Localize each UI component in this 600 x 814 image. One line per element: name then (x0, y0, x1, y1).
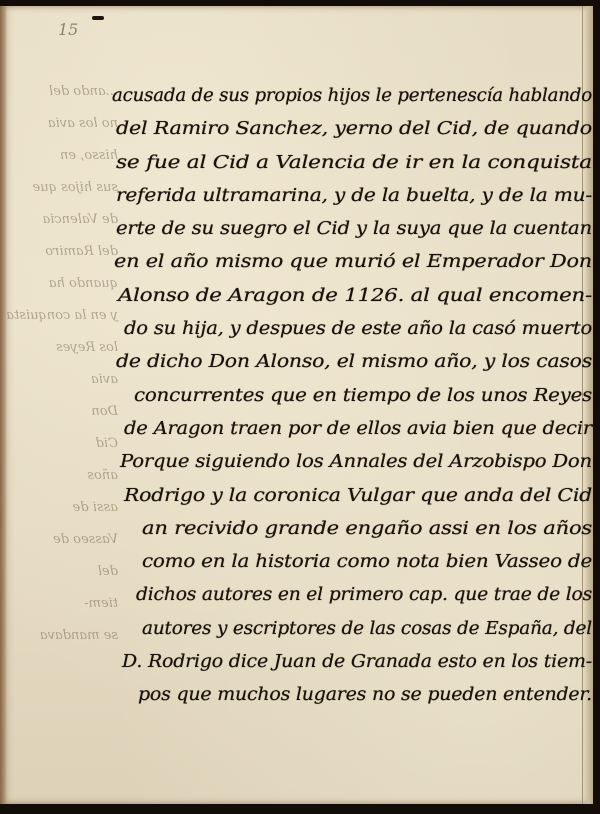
bleed-line: Vasseo de (8, 524, 118, 556)
bleed-line: hisso, en (8, 140, 118, 172)
line-text: de Aragon traen por de ellos avia bien q… (124, 419, 592, 439)
line-text: pos que muchos lugares no se pueden ente… (138, 685, 592, 705)
manuscript-line: pos que muchos lugares no se pueden ente… (112, 685, 598, 718)
manuscript-line: en el año mismo que murió el Emperador D… (112, 252, 598, 285)
line-text: Porque siguiendo los Annales del Arzobis… (120, 452, 592, 472)
line-text: acusada de sus propios hijos le pertenes… (112, 86, 592, 106)
bleed-line: del (8, 556, 118, 588)
line-text: se fue al Cid a Valencia de ir en la con… (116, 153, 592, 173)
manuscript-line: como en la historia como nota bien Vasse… (112, 552, 598, 585)
line-text: an recivido grande engaño assi en los añ… (142, 519, 592, 539)
bleed-line: Don (8, 396, 118, 428)
line-text: de dicho Don Alonso, el mismo año, y los… (116, 352, 592, 372)
ink-mark (92, 16, 104, 20)
line-text: en el año mismo que murió el Emperador D… (114, 252, 592, 272)
bleed-line: avia (8, 364, 118, 396)
line-text: concurrentes que en tiempo de los unos R… (134, 386, 592, 406)
manuscript-line: Rodrigo y la coronica Vulgar que anda de… (112, 486, 598, 519)
line-text: D. Rodrigo dice Juan de Granada esto en … (122, 652, 592, 672)
line-text: Rodrigo y la coronica Vulgar que anda de… (124, 486, 592, 506)
manuscript-line: do su hija, y despues de este año la cas… (112, 319, 598, 352)
bleed-line: y en la conquista (8, 300, 118, 332)
manuscript-line: referida ultramarina, y de la buelta, y … (112, 186, 598, 219)
bleed-line: se mandava (8, 620, 118, 652)
manuscript-line: Porque siguiendo los Annales del Arzobis… (112, 452, 598, 485)
line-text: como en la historia como nota bien Vasse… (142, 552, 592, 572)
line-text: erte de su suegro el Cid y la suya que l… (116, 219, 592, 239)
line-text: Alonso de Aragon de 1126. al qual encome… (118, 286, 592, 306)
manuscript-line: concurrentes que en tiempo de los unos R… (112, 386, 598, 419)
manuscript-line: se fue al Cid a Valencia de ir en la con… (112, 153, 598, 186)
line-text: autores y escriptores de las cosas de Es… (142, 619, 592, 639)
bleed-line: del Ramiro (8, 236, 118, 268)
line-text: dichos autores en el primero cap. que tr… (136, 585, 592, 605)
manuscript-line: erte de su suegro el Cid y la suya que l… (112, 219, 598, 252)
bleed-line: sus hijos que (8, 172, 118, 204)
bleed-line: años (8, 460, 118, 492)
manuscript-page: 15 ...ando del no los avia hisso, en sus… (0, 6, 593, 804)
page-binding-edge (0, 6, 7, 804)
manuscript-line: an recivido grande engaño assi en los añ… (112, 519, 598, 552)
bleed-line: assi de (8, 492, 118, 524)
manuscript-line: de Aragon traen por de ellos avia bien q… (112, 419, 598, 452)
manuscript-text: acusada de sus propios hijos le pertenes… (112, 86, 598, 719)
line-text: del Ramiro Sanchez, yerno del Cid, de qu… (116, 119, 592, 139)
bleed-line: tiem- (8, 588, 118, 620)
bleed-line: ...ando del (8, 76, 118, 108)
manuscript-line: dichos autores en el primero cap. que tr… (112, 585, 598, 618)
line-text: referida ultramarina, y de la buelta, y … (116, 186, 592, 206)
manuscript-line: autores y escriptores de las cosas de Es… (112, 619, 598, 652)
bleed-line: los Reyes (8, 332, 118, 364)
manuscript-line: del Ramiro Sanchez, yerno del Cid, de qu… (112, 119, 598, 152)
bleed-through-text: ...ando del no los avia hisso, en sus hi… (8, 76, 118, 652)
manuscript-line: D. Rodrigo dice Juan de Granada esto en … (112, 652, 598, 685)
manuscript-line: de dicho Don Alonso, el mismo año, y los… (112, 352, 598, 385)
bleed-line: Cid (8, 428, 118, 460)
line-text: do su hija, y despues de este año la cas… (124, 319, 592, 339)
bleed-line: quando ha (8, 268, 118, 300)
bleed-line: no los avia (8, 108, 118, 140)
bleed-line: de Valencia (8, 204, 118, 236)
manuscript-line: Alonso de Aragon de 1126. al qual encome… (112, 286, 598, 319)
manuscript-line: acusada de sus propios hijos le pertenes… (112, 86, 598, 119)
folio-number: 15 (58, 20, 78, 39)
